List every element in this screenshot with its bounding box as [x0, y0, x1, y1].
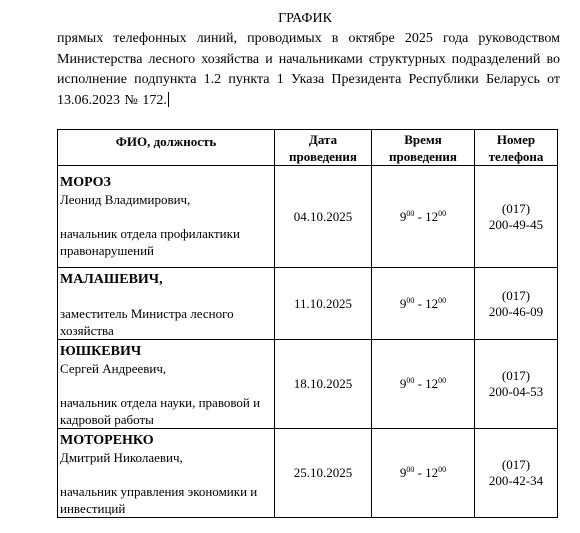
document-title: ГРАФИК	[0, 10, 580, 28]
date-cell: 04.10.2025	[275, 166, 372, 268]
position: начальник управления экономики и инвести…	[60, 483, 272, 517]
phone-cell: (017)200-46-09	[475, 268, 558, 340]
header-name: ФИО, должность	[58, 130, 275, 166]
position: начальник отдела профилактики правонаруш…	[60, 225, 272, 259]
surname: МАЛАШЕВИЧ,	[60, 271, 272, 288]
header-time: Времяпроведения	[372, 130, 475, 166]
phone-cell: (017)200-04-53	[475, 340, 558, 429]
schedule-table: ФИО, должность Датапроведения Времяпрове…	[57, 129, 558, 518]
surname: МОРОЗ	[60, 174, 272, 191]
position: заместитель Министра лесного хозяйства	[60, 305, 272, 339]
surname: ЮШКЕВИЧ	[60, 343, 272, 360]
table-row: ЮШКЕВИЧ Сергей Андреевич, начальник отде…	[58, 340, 558, 429]
document-intro[interactable]: прямых телефонных линий, проводимых в ок…	[57, 29, 560, 111]
given-names: Леонид Владимирович,	[60, 191, 272, 208]
time-cell: 900 - 1200	[372, 429, 475, 518]
person-cell: МОРОЗ Леонид Владимирович, начальник отд…	[58, 166, 275, 268]
table-row: МОРОЗ Леонид Владимирович, начальник отд…	[58, 166, 558, 268]
table-row: МАЛАШЕВИЧ, заместитель Министра лесного …	[58, 268, 558, 340]
header-time-line1: Время	[404, 132, 442, 147]
date-cell: 18.10.2025	[275, 340, 372, 429]
intro-text: прямых телефонных линий, проводимых в ок…	[57, 31, 560, 108]
person-cell: ЮШКЕВИЧ Сергей Андреевич, начальник отде…	[58, 340, 275, 429]
given-names: Сергей Андреевич,	[60, 360, 272, 377]
header-date: Датапроведения	[275, 130, 372, 166]
header-phone-line1: Номер	[497, 132, 535, 147]
person-cell: МАЛАШЕВИЧ, заместитель Министра лесного …	[58, 268, 275, 340]
header-phone-line2: телефона	[489, 149, 544, 164]
date-cell: 25.10.2025	[275, 429, 372, 518]
given-names: Дмитрий Николаевич,	[60, 449, 272, 466]
date-cell: 11.10.2025	[275, 268, 372, 340]
surname: МОТОРЕНКО	[60, 432, 272, 449]
phone-cell: (017)200-49-45	[475, 166, 558, 268]
time-cell: 900 - 1200	[372, 166, 475, 268]
table-header-row: ФИО, должность Датапроведения Времяпрове…	[58, 130, 558, 166]
text-cursor	[168, 92, 169, 107]
header-date-line1: Дата	[309, 132, 337, 147]
person-cell: МОТОРЕНКО Дмитрий Николаевич, начальник …	[58, 429, 275, 518]
phone-cell: (017)200-42-34	[475, 429, 558, 518]
time-cell: 900 - 1200	[372, 268, 475, 340]
header-time-line2: проведения	[389, 149, 457, 164]
time-cell: 900 - 1200	[372, 340, 475, 429]
table-row: МОТОРЕНКО Дмитрий Николаевич, начальник …	[58, 429, 558, 518]
position: начальник отдела науки, правовой и кадро…	[60, 394, 272, 428]
header-phone: Номертелефона	[475, 130, 558, 166]
header-date-line2: проведения	[289, 149, 357, 164]
